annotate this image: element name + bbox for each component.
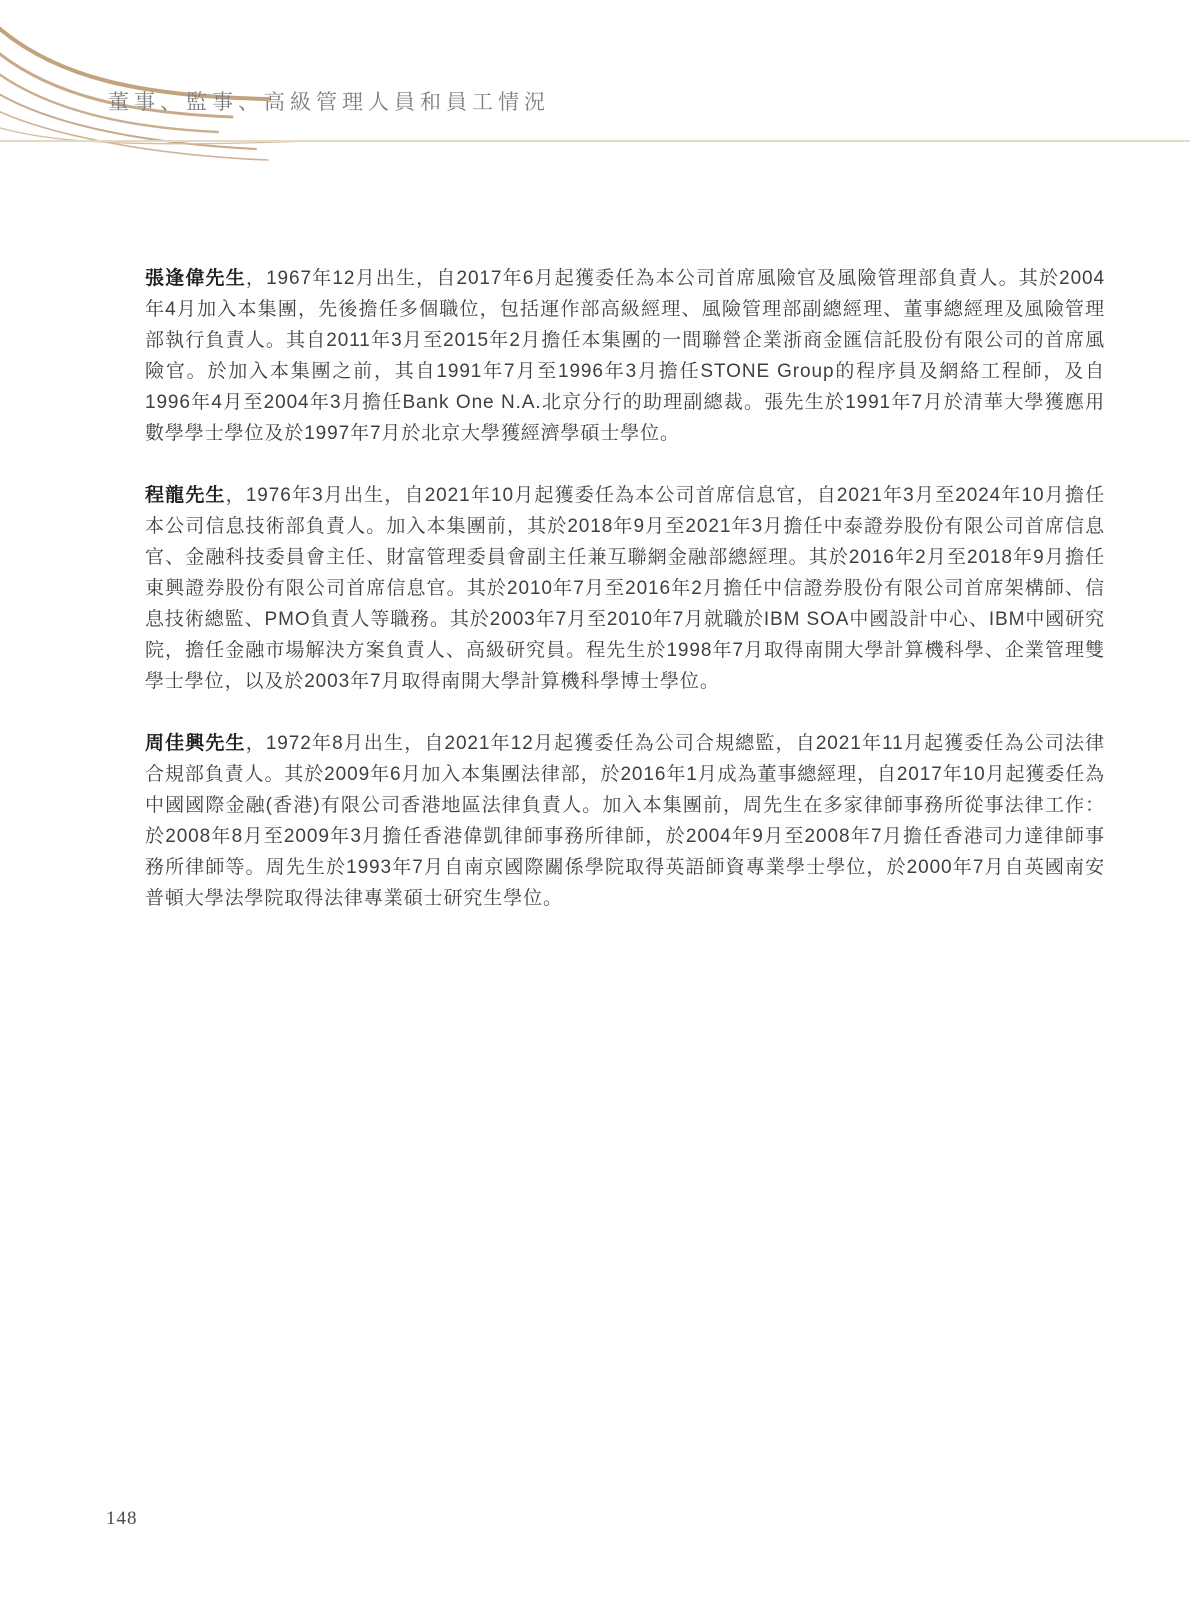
page-number: 148 bbox=[106, 1508, 138, 1530]
person-name-cheng: 程龍先生 bbox=[145, 485, 226, 506]
bio-paragraph-cheng: 程龍先生，1976年3月出生，自2021年10月起獲委任為本公司首席信息官，自2… bbox=[145, 480, 1105, 697]
person-name-zhou: 周佳興先生 bbox=[145, 733, 246, 754]
page-title: 董事、監事、高級管理人員和員工情況 bbox=[108, 86, 550, 116]
bio-text-zhang: ，1967年12月出生，自2017年6月起獲委任為本公司首席風險官及風險管理部負… bbox=[145, 268, 1105, 444]
document-page: 董事、監事、高級管理人員和員工情況 張逢偉先生，1967年12月出生，自2017… bbox=[0, 0, 1190, 1615]
bio-paragraph-zhou: 周佳興先生，1972年8月出生，自2021年12月起獲委任為公司合規總監，自20… bbox=[145, 728, 1105, 914]
bio-text-cheng: ，1976年3月出生，自2021年10月起獲委任為本公司首席信息官，自2021年… bbox=[145, 485, 1105, 692]
bio-content: 張逢偉先生，1967年12月出生，自2017年6月起獲委任為本公司首席風險官及風… bbox=[145, 263, 1105, 945]
person-name-zhang: 張逢偉先生 bbox=[145, 268, 246, 289]
bio-paragraph-zhang: 張逢偉先生，1967年12月出生，自2017年6月起獲委任為本公司首席風險官及風… bbox=[145, 263, 1105, 449]
bio-text-zhou: ，1972年8月出生，自2021年12月起獲委任為公司合規總監，自2021年11… bbox=[145, 733, 1105, 909]
header-divider-line bbox=[0, 140, 1190, 142]
